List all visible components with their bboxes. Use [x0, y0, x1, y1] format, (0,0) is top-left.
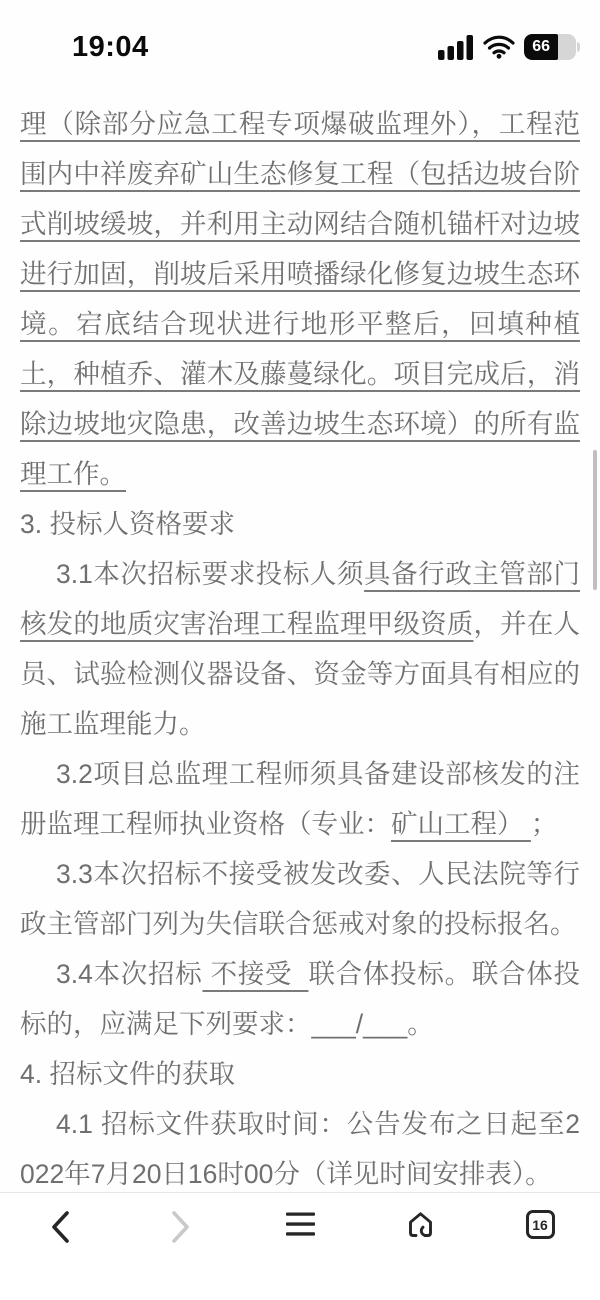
battery-percent: 66 — [532, 38, 550, 56]
text: ； — [531, 809, 558, 839]
underlined-text: 理（除部分应急工程专项爆破监理外），工程范围内中祥废弃矿山生态修复工程（包括边坡… — [20, 109, 580, 489]
status-time: 19:04 — [72, 31, 149, 64]
paragraph: 3.1本次招标要求投标人须具备行政主管部门核发的地质灾害治理工程监理甲级资质，并… — [20, 549, 580, 749]
chevron-left-icon — [50, 1210, 71, 1244]
underlined-text: 不接受 — [202, 959, 308, 989]
paragraph: 3.2项目总监理工程师须具备建设部核发的注册监理工程师执业资格（专业：矿山工程）… — [20, 749, 580, 849]
paragraph: 3. 投标人资格要求 — [20, 499, 580, 549]
text: 3.1本次招标要求投标人须 — [56, 559, 364, 589]
chevron-right-icon — [170, 1210, 191, 1244]
back-button[interactable] — [50, 1210, 71, 1244]
scrollbar-thumb[interactable] — [593, 450, 597, 590]
home-icon — [405, 1210, 436, 1239]
battery-icon: 66 — [524, 34, 580, 60]
text: 3.3本次招标不接受被发改委、人民法院等行政主管部门列为失信联合惩戒对象的投标报… — [20, 859, 580, 939]
text: 4.1 招标文件获取时间：公告发布之日起至2022年7月20日16时00分（详见… — [20, 1109, 580, 1189]
document-body: 理（除部分应急工程专项爆破监理外），工程范围内中祥废弃矿山生态修复工程（包括边坡… — [20, 99, 580, 1300]
text: 3.4本次招标 — [56, 959, 202, 989]
menu-button[interactable] — [286, 1210, 315, 1238]
battery-fill: 66 — [524, 34, 558, 60]
status-icons: 66 — [438, 34, 580, 60]
text: 4. 招标文件的获取 — [20, 1059, 235, 1089]
paragraph: 4. 招标文件的获取 — [20, 1049, 580, 1099]
forward-button[interactable] — [170, 1210, 191, 1244]
browser-toolbar: 16 — [0, 1192, 600, 1300]
cellular-signal-icon — [438, 35, 474, 60]
battery-cap — [577, 42, 580, 52]
tab-counter-icon: 16 — [526, 1210, 555, 1239]
paragraph: 3.3本次招标不接受被发改委、人民法院等行政主管部门列为失信联合惩戒对象的投标报… — [20, 849, 580, 949]
hamburger-menu-icon — [286, 1210, 315, 1238]
wifi-icon — [483, 35, 515, 59]
browser-screen: 19:04 66 — [0, 0, 600, 1300]
tabs-button[interactable]: 16 — [526, 1210, 555, 1239]
text: 3. 投标人资格要求 — [20, 509, 235, 539]
paragraph: 4.1 招标文件获取时间：公告发布之日起至2022年7月20日16时00分（详见… — [20, 1099, 580, 1199]
paragraph: 理（除部分应急工程专项爆破监理外），工程范围内中祥废弃矿山生态修复工程（包括边坡… — [20, 99, 580, 499]
home-button[interactable] — [405, 1210, 436, 1239]
paragraph: 3.4本次招标 不接受 联合体投标。联合体投标的，应满足下列要求：___/___… — [20, 949, 580, 1049]
underlined-text: 矿山工程） — [391, 809, 531, 839]
status-bar: 19:04 66 — [0, 0, 600, 84]
